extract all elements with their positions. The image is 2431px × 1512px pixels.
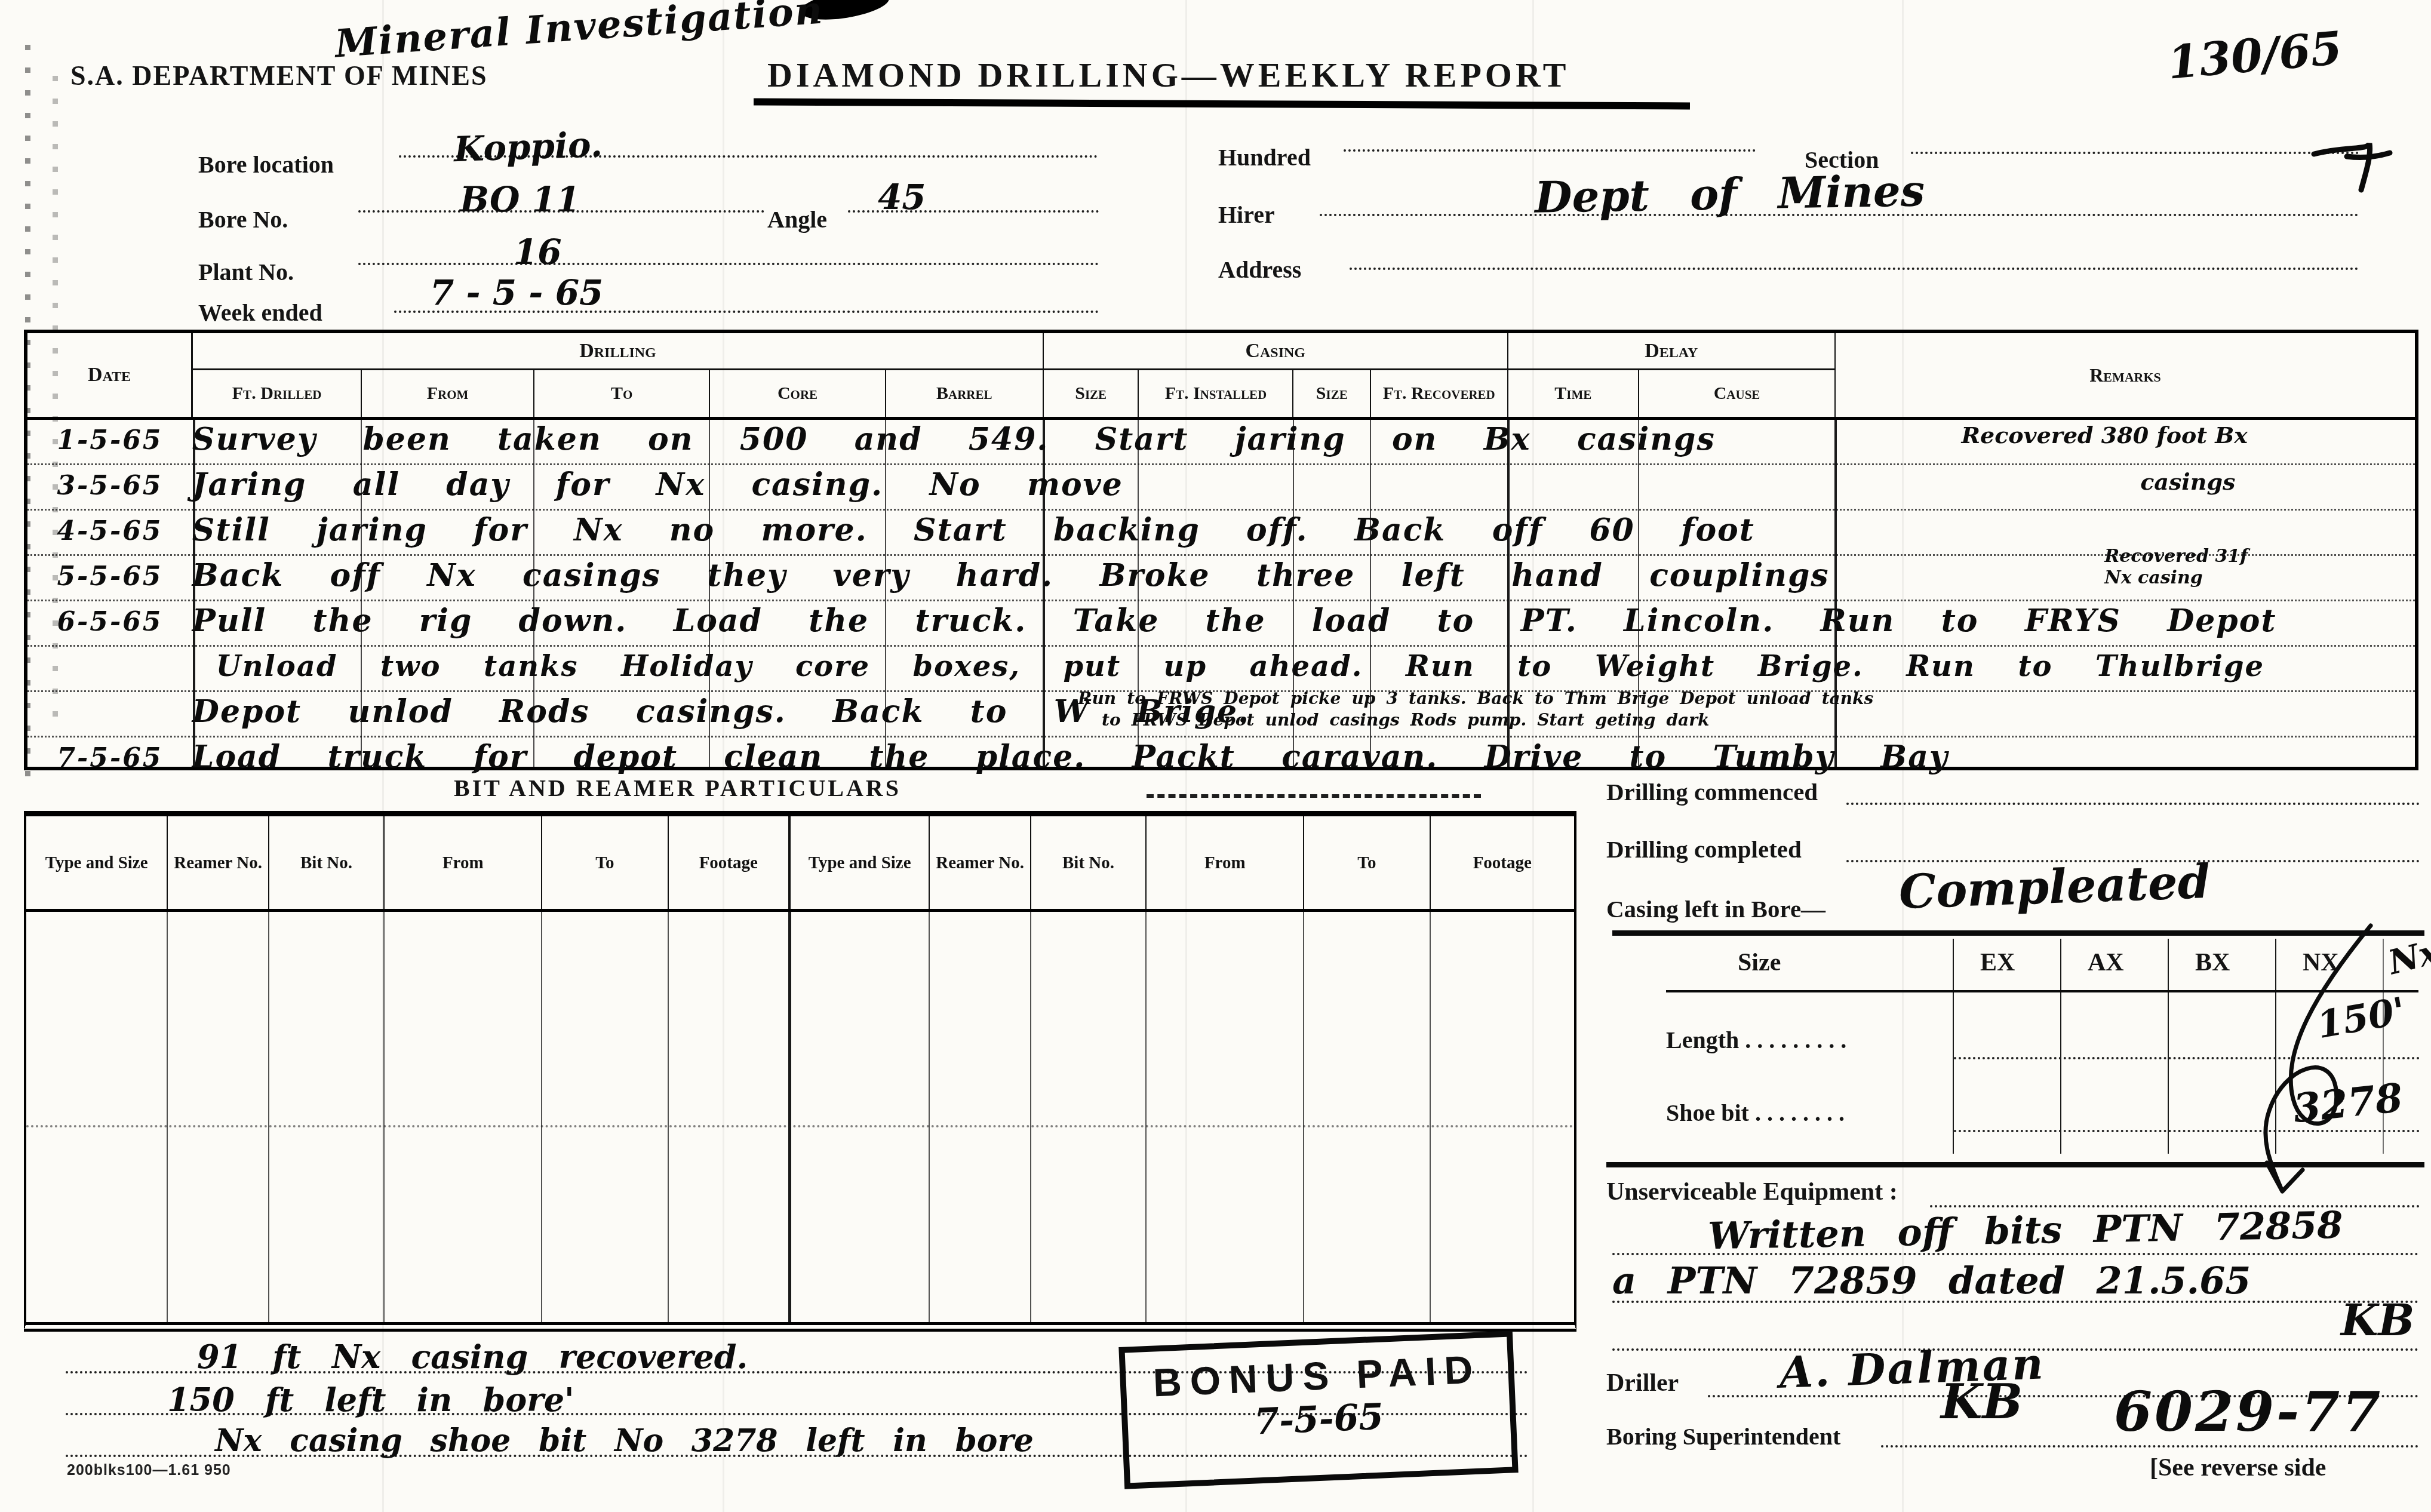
column-line — [929, 912, 930, 1322]
delay-group-header: Delay — [1507, 333, 1835, 370]
bore-location-value: Koppio. — [453, 124, 603, 170]
footage-header: Footage — [1430, 816, 1574, 909]
hirer-value: Dept of Mines — [1534, 165, 1925, 222]
drilling-commenced-label: Drilling commenced — [1606, 777, 1818, 806]
log-row: 6-5-65Pull the rig down. Load the truck.… — [27, 601, 2415, 647]
column-line — [167, 912, 168, 1322]
type-size-header: Type and Size — [788, 816, 929, 909]
column-line — [1953, 939, 1954, 1154]
column-line — [2168, 939, 2169, 1154]
rule — [1606, 1162, 2424, 1167]
column-line — [383, 912, 385, 1322]
column-line — [268, 912, 269, 1322]
unserviceable-label: Unserviceable Equipment : — [1606, 1178, 1898, 1206]
writeoff-line2: a PTN 72859 dated 21.5.65 — [1612, 1259, 2251, 1302]
bit-no-header: Bit No. — [1030, 816, 1145, 909]
drilling-completed-label: Drilling completed — [1606, 835, 1802, 863]
title-trail — [1147, 794, 1481, 798]
to-header: To — [541, 816, 667, 909]
log-entry-small: Run to FRWS Depot picke up 3 tanks. Back… — [1078, 689, 1873, 709]
cause-header: Cause — [1638, 370, 1834, 417]
handwritten-annotation: Mineral Investigation — [333, 0, 825, 67]
bottom-note: Nx casing shoe bit No 3278 left in bore — [215, 1422, 1034, 1459]
log-remark: Recovered 31f — [2104, 546, 2248, 567]
week-ended-value: 7 - 5 - 65 — [430, 272, 603, 313]
to-header: To — [533, 370, 709, 417]
angle-value: 45 — [878, 177, 926, 217]
log-row: 5-5-65Back off Nx casings they very hard… — [27, 556, 2415, 601]
bit-no-header: Bit No. — [268, 816, 383, 909]
dotted-rule — [1344, 149, 1756, 152]
log-entry-small: to FRWS Depot unlod casings Rods pump. S… — [1102, 710, 1709, 730]
from-header: From — [1145, 816, 1303, 909]
column-line — [1030, 912, 1031, 1322]
reamer-no-header: Reamer No. — [929, 816, 1030, 909]
dotted-rule — [1881, 1445, 2418, 1448]
hundred-label: Hundred — [1218, 143, 1311, 171]
column-line — [668, 912, 669, 1322]
log-table-header: Date Drilling Casing Delay Remarks Ft. D… — [27, 333, 2415, 420]
from-header: From — [361, 370, 533, 417]
plant-no-value: 16 — [514, 232, 562, 272]
bottom-note: 91 ft Nx casing recovered. — [197, 1338, 748, 1376]
log-row: 7-5-65Load truck for depot clean the pla… — [27, 737, 2415, 781]
column-line — [541, 912, 542, 1322]
bore-no-label: Bore No. — [198, 205, 288, 233]
superintendent-initials: KB — [1941, 1373, 2023, 1430]
bit-reamer-table: Type and Size Reamer No. Bit No. From To… — [24, 811, 1576, 1332]
log-entry: Back off Nx casings they very hard. Brok… — [192, 556, 1830, 595]
log-date: 3-5-65 — [27, 465, 192, 507]
log-entry: Jaring all day for Nx casing. No move — [192, 465, 1123, 505]
log-entry: Load truck for depot clean the place. Pa… — [192, 737, 1949, 777]
casing-left-value: Compleated — [1898, 855, 2211, 920]
row-rule — [26, 1125, 1574, 1127]
superintendent-number: 6029-77 — [2114, 1379, 2383, 1444]
size-label: Size — [1738, 948, 1781, 977]
bore-no-value: BO 11 — [460, 179, 580, 220]
drilling-group-header: Drilling — [193, 333, 1043, 370]
ft-recovered-header: Ft. Recovered — [1370, 370, 1507, 417]
log-entry: Still jaring for Nx no more. Start backi… — [192, 511, 1755, 550]
core-header: Core — [709, 370, 884, 417]
form-print-code: 200blks100—1.61 950 — [67, 1462, 231, 1479]
scanned-weekly-report: Mineral Investigation S.A. DEPARTMENT OF… — [0, 0, 2431, 1512]
address-label: Address — [1218, 256, 1301, 284]
driller-label: Driller — [1606, 1369, 1679, 1397]
pen-flourish — [2174, 920, 2424, 1218]
casing-left-label: Casing left in Bore— — [1606, 895, 1825, 923]
department-name: S.A. DEPARTMENT OF MINES — [70, 60, 488, 91]
bit-reamer-title: BIT AND REAMER PARTICULARS — [454, 774, 901, 802]
drilling-log-table: Date Drilling Casing Delay Remarks Ft. D… — [24, 330, 2418, 770]
size-ex: EX — [1980, 948, 2015, 977]
time-header: Time — [1507, 370, 1638, 417]
writeoff-line1: Written off bits PTN 72858 — [1707, 1203, 2343, 1258]
bottom-note: 150 ft left in bore' — [167, 1381, 574, 1419]
log-date: 5-5-65 — [27, 556, 192, 598]
casing-size-header: Size — [1043, 370, 1138, 417]
superintendent-label: Boring Superintendent — [1606, 1422, 1840, 1450]
column-line — [1145, 912, 1147, 1322]
angle-label: Angle — [767, 205, 827, 233]
from-header: From — [383, 816, 541, 909]
column-line — [2060, 939, 2061, 1154]
length-label: Length . . . . . . . . . — [1666, 1026, 1846, 1054]
log-table-body: 1-5-65Survey been taken on 500 and 549. … — [27, 420, 2415, 767]
column-line — [1430, 912, 1431, 1322]
file-number: 130/65 — [2166, 21, 2344, 89]
dotted-rule — [358, 263, 1099, 265]
log-entry: Survey been taken on 500 and 549. Start … — [192, 420, 1716, 459]
log-date: 7-5-65 — [27, 737, 192, 779]
casing-group-header: Casing — [1043, 333, 1507, 370]
column-line — [1303, 912, 1304, 1322]
shoe-bit-label: Shoe bit . . . . . . . . — [1666, 1099, 1845, 1127]
bit-table-body — [26, 912, 1574, 1322]
date-column-header: Date — [27, 333, 193, 417]
reamer-no-header: Reamer No. — [167, 816, 268, 909]
week-ended-label: Week ended — [198, 299, 322, 327]
size-ax: AX — [2088, 948, 2124, 977]
dotted-rule — [1846, 803, 2420, 805]
ft-installed-header: Ft. Installed — [1138, 370, 1292, 417]
casing-size2-header: Size — [1292, 370, 1370, 417]
log-remark: Nx casing — [2104, 568, 2203, 588]
log-date: 6-5-65 — [27, 601, 192, 643]
barrel-header: Barrel — [885, 370, 1043, 417]
log-remark: casings — [2140, 469, 2235, 495]
log-row: Unload two tanks Holiday core boxes, put… — [27, 647, 2415, 692]
bore-location-label: Bore location — [198, 150, 334, 179]
hirer-label: Hirer — [1218, 201, 1275, 229]
log-entry: Pull the rig down. Load the truck. Take … — [192, 601, 2277, 641]
log-date: 4-5-65 — [27, 511, 192, 552]
footage-header: Footage — [668, 816, 788, 909]
type-size-header: Type and Size — [26, 816, 167, 909]
page-title: DIAMOND DRILLING—WEEKLY REPORT — [767, 55, 1569, 95]
dotted-rule — [1350, 268, 2359, 270]
see-reverse-note: [See reverse side — [2150, 1453, 2326, 1482]
log-row: 3-5-65Jaring all day for Nx casing. No m… — [27, 465, 2415, 511]
column-line — [788, 912, 791, 1322]
log-row: Depot unlod Rods casings. Back to W Brig… — [27, 692, 2415, 737]
title-underline — [754, 99, 1690, 110]
ft-drilled-header: Ft. Drilled — [193, 370, 361, 417]
dotted-rule — [1911, 152, 2359, 154]
section-squiggle — [2311, 133, 2401, 198]
initials: KB — [2341, 1295, 2414, 1345]
remarks-column-header: Remarks — [1834, 333, 2415, 417]
bonus-paid-stamp: BONUS PAID 7-5-65 — [1118, 1330, 1518, 1489]
log-remark: Recovered 380 foot Bx — [1961, 422, 2248, 448]
log-date: 1-5-65 — [27, 420, 192, 462]
bit-table-header: Type and Size Reamer No. Bit No. From To… — [26, 816, 1574, 912]
log-entry: Unload two tanks Holiday core boxes, put… — [216, 647, 2264, 686]
plant-no-label: Plant No. — [198, 258, 294, 286]
log-row: 4-5-65Still jaring for Nx no more. Start… — [27, 511, 2415, 556]
to-header: To — [1303, 816, 1429, 909]
